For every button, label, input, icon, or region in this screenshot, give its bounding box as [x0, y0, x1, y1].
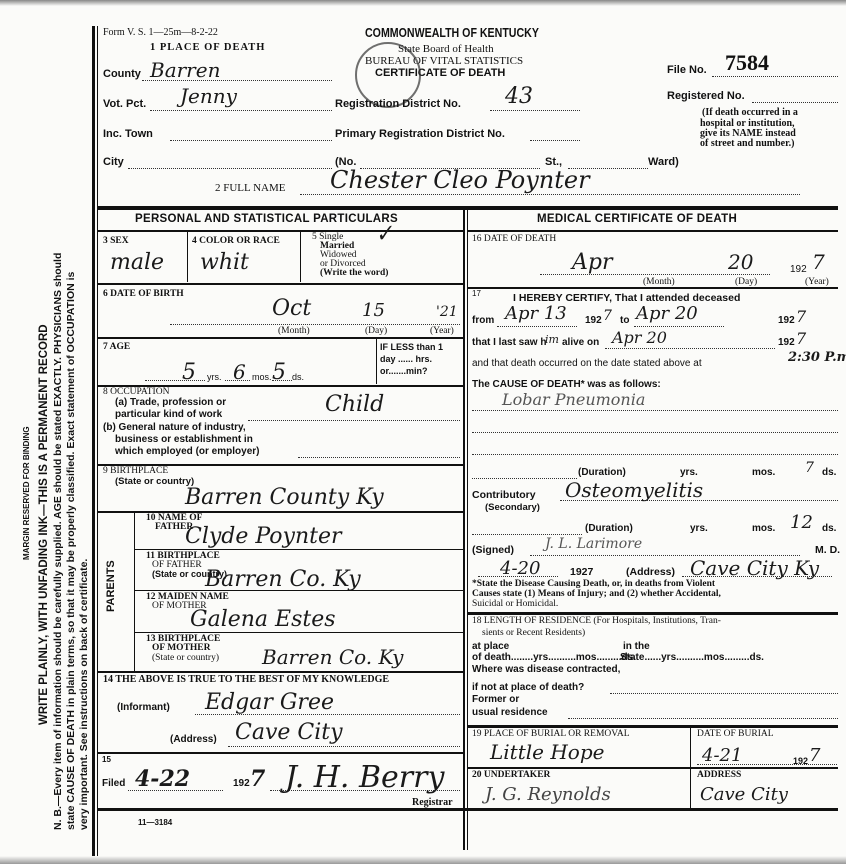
dob-year-caption: (Year) — [430, 326, 454, 336]
cause-duration-line — [472, 478, 577, 479]
state-residence-row: State......yrs..........mos.........ds. — [620, 652, 764, 663]
alive-on-year-prefix: 192 — [778, 337, 795, 348]
cause-of-death-label: The CAUSE OF DEATH* was as follows: — [472, 379, 661, 390]
dob-day-caption: (Day) — [365, 326, 387, 336]
cause-duration-ds: ds. — [822, 467, 836, 478]
dob-month-caption: (Month) — [278, 326, 310, 336]
attended-from-value: Apr 13 — [505, 303, 567, 324]
ward-label: Ward) — [648, 156, 679, 168]
contributory-value: Osteomyelitis — [565, 478, 703, 502]
of-death-row: of death........yrs..........mos........… — [472, 652, 636, 663]
informant-address-value: Cave City — [235, 720, 343, 745]
margin-reserved-label: MARGIN RESERVED FOR BINDING — [22, 426, 31, 560]
margin-write-plainly: WRITE PLAINLY, WITH UNFADING INK—THIS IS… — [38, 324, 50, 725]
section-top-rule — [98, 206, 838, 210]
filed-date-value: 4-22 — [135, 766, 190, 792]
cause-line-1 — [472, 410, 838, 411]
margin-instructions-1: N. B.—Every item of information should b… — [52, 253, 64, 830]
footnote-line-1: *State the Disease Causing Death, or, in… — [472, 579, 715, 589]
birthplace-sub-label: (State or country) — [115, 476, 194, 487]
rule — [468, 767, 838, 769]
rule — [468, 612, 838, 615]
attended-to-value: Apr 20 — [636, 303, 698, 324]
mother-birthplace-label-2: OF MOTHER — [152, 643, 211, 653]
attended-from-line — [497, 326, 577, 327]
secondary-label: (Secondary) — [485, 502, 540, 513]
center-divider — [463, 210, 465, 850]
rule — [468, 230, 838, 232]
undertaker-address-label: ADDRESS — [697, 770, 741, 780]
physician-address-label: (Address) — [626, 566, 675, 578]
occupation-value: Child — [325, 392, 384, 417]
filed-item-number: 15 — [102, 755, 111, 764]
age-months-value: 6 — [233, 360, 246, 384]
footnote-line-3: Suicidal or Homicidal. — [472, 599, 558, 609]
dob-line — [170, 324, 460, 325]
age-months-caption: mos. — [252, 372, 272, 382]
footer-code: 11—3184 — [138, 818, 172, 827]
date-of-death-label: 16 DATE OF DEATH — [472, 234, 556, 244]
registered-no-label: Registered No. — [667, 90, 745, 102]
cause-duration-mos: mos. — [752, 467, 775, 478]
informant-address-label: (Address) — [170, 734, 217, 745]
registration-district-value: 43 — [505, 84, 533, 109]
full-name-value: Chester Cleo Poynter — [330, 166, 590, 194]
city-line — [128, 168, 332, 169]
margin-instructions-2: state CAUSE OF DEATH in plain terms, so … — [65, 272, 77, 830]
form-number: Form V. S. 1—25m—8-2-22 — [103, 27, 218, 38]
undertaker-label: 20 UNDERTAKER — [472, 770, 550, 780]
attended-from-year-prefix: 192 — [585, 315, 602, 326]
birthplace-label: 9 BIRTHPLACE — [103, 466, 168, 476]
signed-label: (Signed) — [472, 544, 514, 556]
form-title-commonwealth: COMMONWEALTH OF KENTUCKY — [365, 26, 539, 40]
contributory-duration-mos: mos. — [752, 523, 775, 534]
contributory-duration-yrs: yrs. — [690, 523, 708, 534]
alive-on-line — [605, 348, 775, 349]
filed-year-suffix: 7 — [250, 766, 265, 792]
occupation-a-line — [248, 420, 460, 421]
informant-label: (Informant) — [117, 702, 170, 713]
informant-address-line — [228, 746, 460, 747]
contributory-duration-months-value: 12 — [790, 512, 813, 533]
physician-signature: J. L. Larimore — [545, 536, 642, 552]
date-of-death-year-prefix: 192 — [790, 264, 807, 275]
dod-month-caption: (Month) — [643, 277, 675, 287]
not-at-place-line — [610, 693, 838, 694]
dob-label: 6 DATE OF BIRTH — [103, 289, 184, 299]
birthplace-value: Barren County Ky — [185, 485, 384, 510]
vot-pct-label: Vot. Pct. — [103, 98, 146, 110]
scan-top-edge — [0, 0, 846, 6]
parents-label: PARENTS — [105, 560, 117, 612]
registration-district-label: Registration District No. — [335, 98, 461, 110]
certify-item-number: 17 — [472, 289, 481, 298]
cell-divider — [300, 232, 301, 282]
attended-to-year-prefix: 192 — [778, 315, 795, 326]
cause-duration-days-value: 7 — [805, 460, 814, 476]
rule — [98, 671, 463, 673]
occupation-b-line1: (b) General nature of industry, — [103, 422, 246, 433]
father-birthplace-value: Barren Co. Ky — [205, 567, 361, 592]
scan-bottom-edge — [0, 856, 846, 864]
attended-to-label: to — [620, 315, 629, 326]
sex-label: 3 SEX — [103, 236, 129, 246]
usual-residence-label: usual residence — [472, 707, 548, 718]
cause-line-2 — [472, 432, 838, 433]
less-than-day-label: IF LESS than 1 — [380, 342, 443, 352]
time-of-death-label: and that death occurred on the date stat… — [472, 358, 702, 369]
hospital-note-4: of street and number.) — [700, 138, 794, 149]
last-saw-label: that I last saw h — [472, 337, 546, 348]
rule — [98, 283, 463, 285]
contributory-duration-ds: ds. — [822, 523, 836, 534]
not-at-place-label: if not at place of death? — [472, 682, 584, 693]
footnote-line-2: Causes state (1) Means of Injury; and (2… — [472, 589, 721, 599]
inc-town-label: Inc. Town — [103, 128, 153, 140]
sex-value: male — [110, 250, 164, 275]
disease-contracted-label: Where was disease contracted, — [472, 664, 620, 675]
burial-year-suffix: 7 — [809, 745, 820, 766]
last-saw-pronoun: im — [545, 333, 559, 346]
contributory-label: Contributory — [472, 489, 536, 501]
place-of-death-heading: 1 PLACE OF DEATH — [150, 42, 265, 53]
less-than-hrs-label: day ...... hrs. — [380, 354, 432, 364]
burial-date-value: 4-21 — [702, 745, 742, 766]
occupation-a-line2: particular kind of work — [115, 409, 222, 420]
age-days-value: 5 — [272, 360, 286, 385]
dob-day-value: 15 — [362, 300, 385, 321]
death-certificate: MARGIN RESERVED FOR BINDING WRITE PLAINL… — [0, 0, 846, 864]
personal-section-title: PERSONAL AND STATISTICAL PARTICULARS — [135, 213, 398, 225]
inc-town-line — [170, 140, 332, 141]
mother-birthplace-value: Barren Co. Ky — [262, 645, 403, 669]
cause-duration-label: (Duration) — [578, 467, 626, 478]
signed-year: 1927 — [570, 566, 593, 578]
occupation-b-line3: which employed (or employer) — [115, 446, 259, 457]
rule — [135, 632, 463, 633]
usual-residence-line — [568, 718, 838, 719]
physician-address-value: Cave City Ky — [690, 556, 819, 580]
former-label: Former or — [472, 694, 519, 705]
medical-section-title: MEDICAL CERTIFICATE OF DEATH — [537, 213, 737, 225]
center-divider-inner — [467, 210, 468, 850]
rule — [98, 230, 463, 232]
dob-year-value: '21 — [436, 304, 458, 320]
vot-pct-value: Jenny — [180, 84, 237, 108]
burial-place-label: 19 PLACE OF BURIAL OR REMOVAL — [472, 729, 630, 739]
county-label: County — [103, 68, 141, 80]
age-years-value: 5 — [182, 360, 196, 385]
age-label: 7 AGE — [103, 342, 130, 352]
alive-on-label: alive on — [562, 337, 599, 348]
vot-pct-line — [150, 110, 332, 111]
burial-year-prefix: 192 — [793, 756, 808, 766]
mother-birthplace-label-3: (State or country) — [152, 653, 219, 663]
full-name-line — [300, 194, 800, 195]
dod-year-caption: (Year) — [805, 277, 829, 287]
alive-on-value: Apr 20 — [612, 328, 667, 347]
dob-month-value: Oct — [272, 296, 311, 321]
rule — [98, 752, 463, 754]
cause-of-death-value: Lobar Pneumonia — [502, 390, 645, 409]
residence-label-2: sients or Recent Residents) — [482, 628, 585, 638]
knowledge-statement: 14 THE ABOVE IS TRUE TO THE BEST OF MY K… — [103, 674, 389, 685]
rule — [98, 337, 463, 339]
attended-from-year: 7 — [603, 308, 612, 324]
city-label: City — [103, 156, 124, 168]
file-no-line — [712, 76, 838, 77]
age-years-caption: yrs. — [207, 372, 222, 382]
margin-instructions-3: very important. See instructions on back… — [78, 559, 90, 830]
rule — [135, 590, 463, 591]
time-of-death-value: 2:30 P.m. — [788, 350, 846, 365]
filed-label: Filed — [102, 778, 125, 789]
date-of-death-year-suffix: 7 — [812, 250, 825, 274]
marital-write-word: (Write the word) — [320, 268, 388, 278]
age-days-caption: ds. — [292, 372, 304, 382]
left-border-inner — [97, 26, 98, 856]
burial-date-label: DATE OF BURIAL — [697, 729, 774, 739]
cause-line-3 — [472, 454, 838, 455]
occupation-a-line1: (a) Trade, profession or — [115, 397, 226, 408]
alive-on-year: 7 — [796, 329, 806, 348]
file-no-value: 7584 — [725, 50, 769, 76]
section-bottom-rule — [98, 808, 838, 811]
informant-value: Edgar Gree — [205, 690, 334, 715]
father-name-value: Clyde Poynter — [185, 524, 342, 549]
signed-date-value: 4-20 — [500, 558, 540, 579]
cell-divider — [376, 339, 377, 384]
in-the-label: in the — [623, 641, 650, 652]
at-place-label: at place — [472, 641, 509, 652]
registrar-signature: J. H. Berry — [285, 760, 444, 795]
registrar-label: Registrar — [412, 797, 453, 808]
occupation-b-line2: business or establishment in — [115, 434, 253, 445]
cause-duration-yrs: yrs. — [680, 467, 698, 478]
occupation-b-line — [298, 457, 460, 458]
undertaker-value: J. G. Reynolds — [485, 784, 611, 805]
contributory-duration-label: (Duration) — [585, 523, 633, 534]
full-name-label: 2 FULL NAME — [215, 182, 285, 194]
hospital-note-1: (If death occurred in a — [702, 108, 798, 118]
undertaker-address-value: Cave City — [700, 784, 788, 805]
age-line — [145, 380, 205, 381]
registration-district-line — [490, 110, 580, 111]
rule — [135, 549, 463, 550]
date-of-death-day: 20 — [728, 250, 753, 274]
filed-year-prefix: 192 — [233, 778, 250, 789]
county-value: Barren — [150, 58, 220, 82]
less-than-min-label: or.......min? — [380, 366, 428, 376]
rule — [468, 725, 838, 728]
contributory-duration-line — [472, 534, 582, 535]
md-label: M. D. — [815, 544, 840, 556]
burial-place-value: Little Hope — [490, 740, 604, 764]
race-value: whit — [200, 250, 249, 275]
rule — [468, 287, 838, 289]
primary-registration-line — [530, 140, 580, 141]
mother-name-value: Galena Estes — [190, 607, 336, 632]
dod-day-caption: (Day) — [735, 277, 757, 287]
registered-no-line — [752, 102, 838, 103]
attended-to-line — [634, 326, 724, 327]
attended-to-year: 7 — [796, 307, 806, 326]
file-no-label: File No. — [667, 64, 707, 76]
left-border — [92, 26, 95, 856]
parents-divider — [134, 513, 135, 671]
race-label: 4 COLOR OR RACE — [192, 236, 280, 246]
attended-from-label: from — [472, 315, 494, 326]
primary-registration-label: Primary Registration District No. — [335, 128, 505, 140]
date-of-death-month: Apr — [572, 250, 613, 275]
residence-label-1: 18 LENGTH OF RESIDENCE (For Hospitals, I… — [472, 616, 721, 626]
occupation-label: 8 OCCUPATION — [103, 387, 169, 397]
cell-divider — [187, 232, 188, 282]
